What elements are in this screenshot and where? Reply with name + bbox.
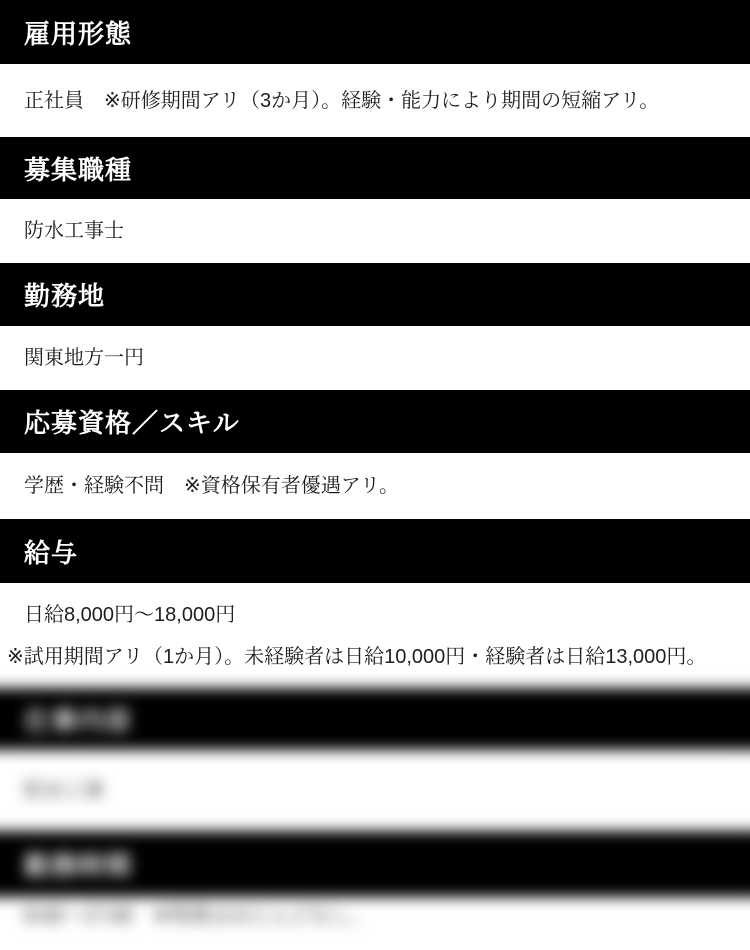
section-title: 勤務地	[24, 276, 105, 313]
section-title: 給与	[24, 533, 78, 570]
section-header-bar: 勤務時間	[0, 831, 750, 897]
section-text-line: 正社員 ※研修期間アリ（3か月）。経験・能力により期間の短縮アリ。	[24, 86, 726, 116]
section-title: 雇用形態	[24, 14, 132, 51]
section-content: 防水工事士	[0, 199, 750, 263]
job-section-salary: 給与 日給8,000円～18,000円※試用期間アリ（1か月）。未経験者は日給1…	[0, 519, 750, 688]
job-section-qualifications-skills: 応募資格／スキル 学歴・経験不問 ※資格保有者優遇アリ。	[0, 390, 750, 519]
section-header-bar: 応募資格／スキル	[0, 390, 750, 453]
section-content: 正社員 ※研修期間アリ（3か月）。経験・能力により期間の短縮アリ。	[0, 64, 750, 137]
section-content: 防水工事	[0, 750, 750, 831]
blurred-region: 仕事内容 防水工事 勤務時間 8:00～17:00 ※残業はほとんどなし。	[0, 688, 750, 950]
section-text-line: 防水工事	[24, 776, 726, 806]
section-content: 学歴・経験不問 ※資格保有者優遇アリ。	[0, 453, 750, 519]
section-content: 日給8,000円～18,000円※試用期間アリ（1か月）。未経験者は日給10,0…	[0, 583, 750, 688]
section-header-bar: 募集職種	[0, 137, 750, 199]
job-section-working-hours: 勤務時間 8:00～17:00 ※残業はほとんどなし。	[0, 831, 750, 950]
job-section-job-description: 仕事内容 防水工事	[0, 688, 750, 831]
section-title: 募集職種	[24, 150, 132, 187]
section-text-line: 関東地方一円	[24, 343, 726, 373]
job-section-location: 勤務地 関東地方一円	[0, 263, 750, 390]
section-text-line: 防水工事士	[24, 216, 726, 246]
section-title: 仕事内容	[24, 701, 132, 738]
job-section-position: 募集職種 防水工事士	[0, 137, 750, 263]
section-text-line: ※試用期間アリ（1か月）。未経験者は日給10,000円・経験者は日給13,000…	[7, 642, 726, 672]
section-header-bar: 勤務地	[0, 263, 750, 326]
section-title: 勤務時間	[24, 846, 132, 883]
section-header-bar: 仕事内容	[0, 688, 750, 750]
job-detail-list: 雇用形態 正社員 ※研修期間アリ（3か月）。経験・能力により期間の短縮アリ。 募…	[0, 0, 750, 688]
section-text-line: 学歴・経験不問 ※資格保有者優遇アリ。	[24, 471, 726, 501]
section-header-bar: 給与	[0, 519, 750, 583]
section-title: 応募資格／スキル	[24, 403, 240, 440]
job-section-employment-type: 雇用形態 正社員 ※研修期間アリ（3か月）。経験・能力により期間の短縮アリ。	[0, 0, 750, 137]
job-detail-page: { "page": { "kind": "job-posting-detail"…	[0, 0, 750, 950]
section-header-bar: 雇用形態	[0, 0, 750, 64]
section-content: 関東地方一円	[0, 326, 750, 390]
section-text-line: 8:00～17:00 ※残業はほとんどなし。	[24, 901, 726, 931]
section-text-line: 日給8,000円～18,000円	[24, 600, 726, 630]
section-content: 8:00～17:00 ※残業はほとんどなし。	[0, 897, 750, 950]
